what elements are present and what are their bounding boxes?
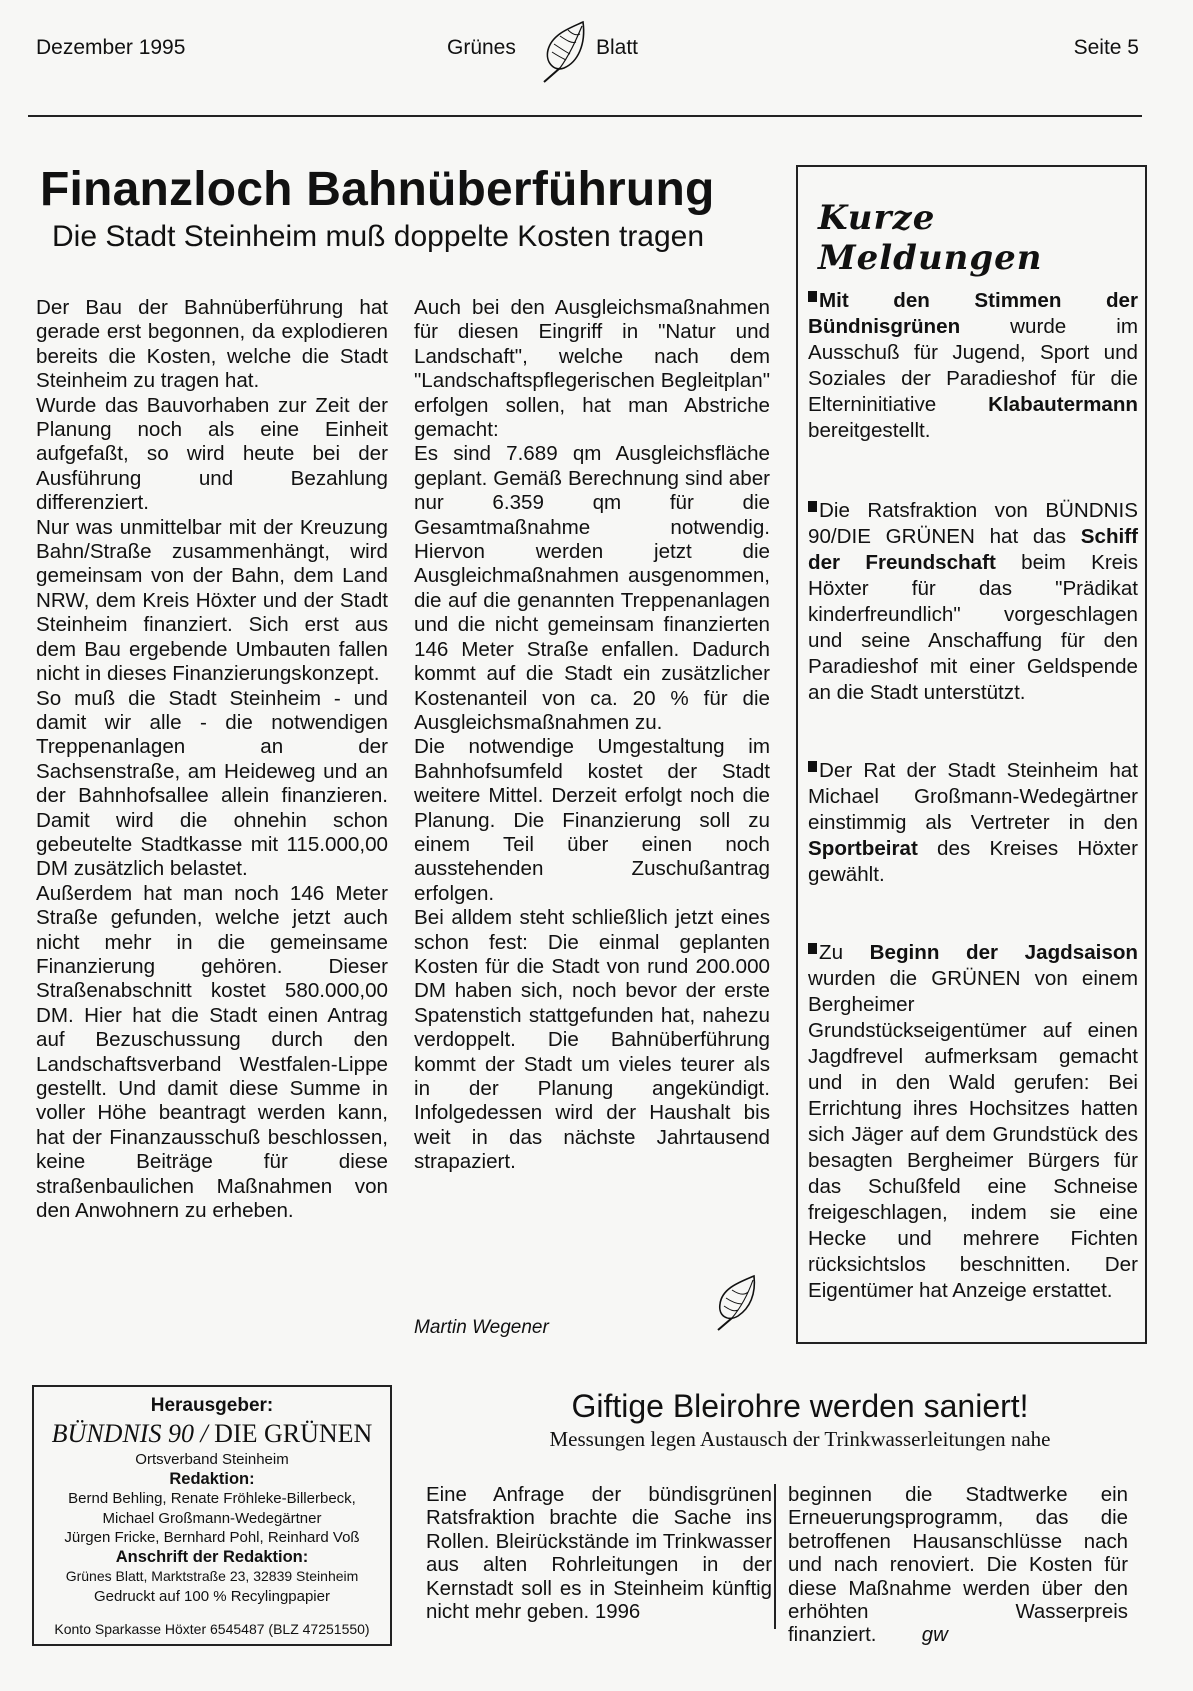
news-bold: Beginn der Jagdsaison: [870, 941, 1138, 964]
news-item: Mit den Stimmen der Bündnisgrünen wurde …: [808, 288, 1138, 444]
paragraph: Die notwendige Umgestaltung im Bahnhofsu…: [414, 735, 770, 906]
party-name-italic: BÜNDNIS 90 /: [52, 1419, 208, 1448]
redaktion-names: Bernd Behling, Renate Fröhleke-Billerbec…: [34, 1489, 390, 1509]
lead-headline: Giftige Bleirohre werden saniert!: [420, 1388, 1180, 1425]
main-article-column-1: Der Bau der Bahnüberführung hat gerade e…: [36, 296, 388, 1223]
publisher-party: BÜNDNIS 90 / DIE GRÜNEN: [34, 1418, 390, 1450]
main-article-column-2: Auch bei den Ausgleichsmaßnahmen für die…: [414, 296, 770, 1175]
kurze-meldungen-title: Kurze Meldungen: [818, 198, 1138, 278]
news-item: Der Rat der Stadt Steinheim hat Michael …: [808, 758, 1138, 888]
ortsverband: Ortsverband Steinheim: [34, 1450, 390, 1470]
papier-note: Gedruckt auf 100 % Recylingpapier: [34, 1587, 390, 1607]
anschrift: Grünes Blatt, Marktstraße 23, 32839 Stei…: [34, 1567, 390, 1587]
bullet-icon: [808, 943, 817, 954]
paragraph: Bei alldem steht schließlich jetzt eines…: [414, 906, 770, 1174]
bank-account: Konto Sparkasse Höxter 6545487 (BLZ 4725…: [34, 1620, 390, 1640]
redaktion-label: Redaktion:: [34, 1470, 390, 1490]
main-subheadline: Die Stadt Steinheim muß doppelte Kosten …: [52, 222, 792, 252]
publisher-label: Herausgeber:: [34, 1394, 390, 1418]
redaktion-names: Jürgen Fricke, Bernhard Pohl, Reinhard V…: [34, 1528, 390, 1548]
lead-subheadline: Messungen legen Austausch der Trinkwasse…: [420, 1427, 1180, 1452]
paragraph: Der Bau der Bahnüberführung hat gerade e…: [36, 296, 388, 394]
lead-article-column-1: Eine Anfrage der bündisgrünen Ratsfrakti…: [426, 1484, 772, 1624]
column-divider: [774, 1484, 776, 1629]
page-number: Seite 5: [1074, 36, 1139, 60]
leaf-ornament-icon: [710, 1272, 760, 1332]
redaktion-names: Michael Großmann-Wedegärtner: [34, 1509, 390, 1529]
paragraph: Wurde das Bauvorhaben zur Zeit der Planu…: [36, 394, 388, 516]
main-headline: Finanzloch Bahnüberführung: [40, 166, 785, 214]
masthead-left: Grünes: [447, 36, 516, 60]
header-divider: [28, 115, 1142, 117]
news-text: bereitgestellt.: [808, 419, 931, 442]
leaf-logo-icon: [540, 20, 590, 84]
anschrift-label: Anschrift der Redaktion:: [34, 1548, 390, 1568]
party-name: DIE GRÜNEN: [208, 1419, 373, 1448]
paragraph: So muß die Stadt Steinheim - und damit w…: [36, 687, 388, 882]
news-text: wurden die GRÜNEN von einem Bergheimer G…: [808, 967, 1138, 1302]
paragraph: beginnen die Stadtwerke ein Erneuerungsp…: [788, 1484, 1128, 1646]
paragraph: Es sind 7.689 qm Ausgleichsfläche geplan…: [414, 442, 770, 735]
masthead-right: Blatt: [596, 36, 638, 60]
paragraph: Außerdem hat man noch 146 Meter Straße g…: [36, 882, 388, 1224]
lead-article-column-2: beginnen die Stadtwerke ein Erneuerungsp…: [788, 1484, 1128, 1648]
news-bold: Sportbeirat: [808, 837, 918, 860]
bullet-icon: [808, 761, 817, 772]
news-item: Die Ratsfraktion von BÜNDNIS 90/DIE GRÜN…: [808, 498, 1138, 706]
issue-date: Dezember 1995: [36, 36, 185, 60]
author-byline: Martin Wegener: [414, 1317, 549, 1339]
news-item: Zu Beginn der Jagdsaison wurden die GRÜN…: [808, 940, 1138, 1304]
impressum-box: Herausgeber: BÜNDNIS 90 / DIE GRÜNEN Ort…: [32, 1385, 392, 1646]
news-text: Zu: [819, 941, 870, 964]
bullet-icon: [808, 501, 817, 512]
bullet-icon: [808, 291, 817, 302]
news-text: Der Rat der Stadt Steinheim hat Michael …: [808, 759, 1138, 834]
paragraph: Nur was unmittelbar mit der Kreuzung Bah…: [36, 516, 388, 687]
news-bold: Klabautermann: [988, 393, 1138, 416]
author-initials: gw: [922, 1624, 948, 1646]
paragraph: Auch bei den Ausgleichsmaßnahmen für die…: [414, 296, 770, 442]
